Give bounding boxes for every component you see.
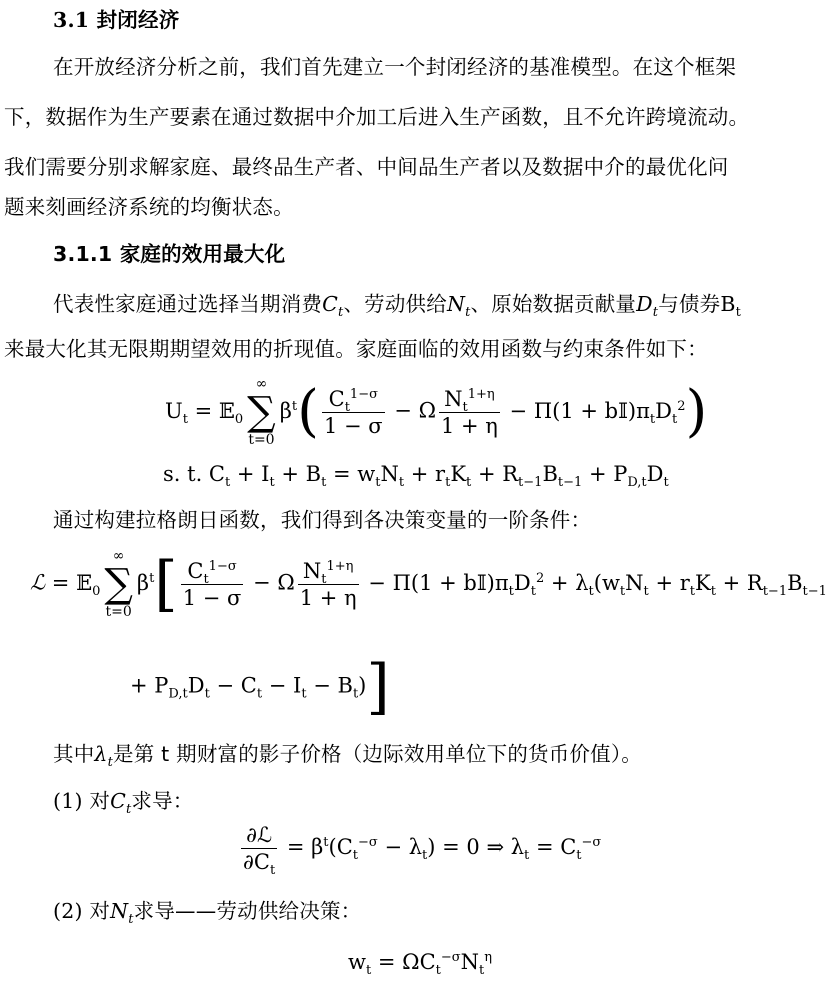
lagrangian-intro: 通过构建拉格朗日函数，我们得到各决策变量的一阶条件： bbox=[53, 506, 591, 534]
paragraph-line: 下，数据作为生产要素在通过数据中介加工后进入生产函数，且不允许跨境流动。 bbox=[4, 103, 749, 131]
var-labor: N bbox=[447, 292, 465, 316]
household-intro-line-2: 来最大化其无限期期望效用的折现值。家庭面临的效用函数与约束条件如下： bbox=[4, 335, 708, 363]
summation: ∞∑t=0 bbox=[247, 376, 276, 448]
foc-consumption-equation: ∂ℒ∂Ct = βt(Ct−σ − λt) = 0 ⇒ λt = Ct−σ bbox=[238, 822, 601, 875]
paragraph-line: 题来刻画经济系统的均衡状态。 bbox=[4, 193, 294, 221]
lagrangian-equation-continued: + PD,tDt − Ct − It − Bt)] bbox=[130, 660, 390, 714]
household-intro-line: 代表性家庭通过选择当期消费Ct、劳动供给Nt、原始数据贡献量Dt与债券Bt bbox=[53, 290, 741, 318]
subsection-heading: 3.1.1 家庭的效用最大化 bbox=[53, 240, 285, 268]
section-heading: 3.1 封闭经济 bbox=[53, 6, 179, 34]
paragraph-line: 在开放经济分析之前，我们首先建立一个封闭经济的基准模型。在这个框架 bbox=[53, 53, 736, 81]
utility-equation: Ut = 𝔼0∞∑t=0βt(Ct1−σ1 − σ − ΩNt1+η1 + η … bbox=[165, 376, 707, 448]
paragraph-line: 我们需要分别求解家庭、最终品生产者、中间品生产者以及数据中介的最优化问 bbox=[4, 153, 729, 181]
budget-constraint: s. t. Ct + It + Bt = wtNt + rtKt + Rt−1B… bbox=[163, 462, 669, 486]
var-consumption: C bbox=[322, 292, 338, 316]
var-bonds: B bbox=[720, 292, 735, 316]
lambda-note: 其中λt是第 t 期财富的影子价格（边际效用单位下的货币价值）。 bbox=[53, 740, 642, 768]
lagrangian-equation: ℒ = 𝔼0∞∑t=0βt[Ct1−σ1 − σ − ΩNt1+η1 + η −… bbox=[30, 548, 827, 620]
foc-consumption-label: (1) 对Ct求导： bbox=[53, 787, 194, 815]
foc-labor-equation: wt = ΩCt−σNtη bbox=[348, 950, 492, 974]
foc-labor-label: (2) 对Nt求导——劳动供给决策： bbox=[53, 897, 361, 925]
var-data: D bbox=[636, 292, 653, 316]
